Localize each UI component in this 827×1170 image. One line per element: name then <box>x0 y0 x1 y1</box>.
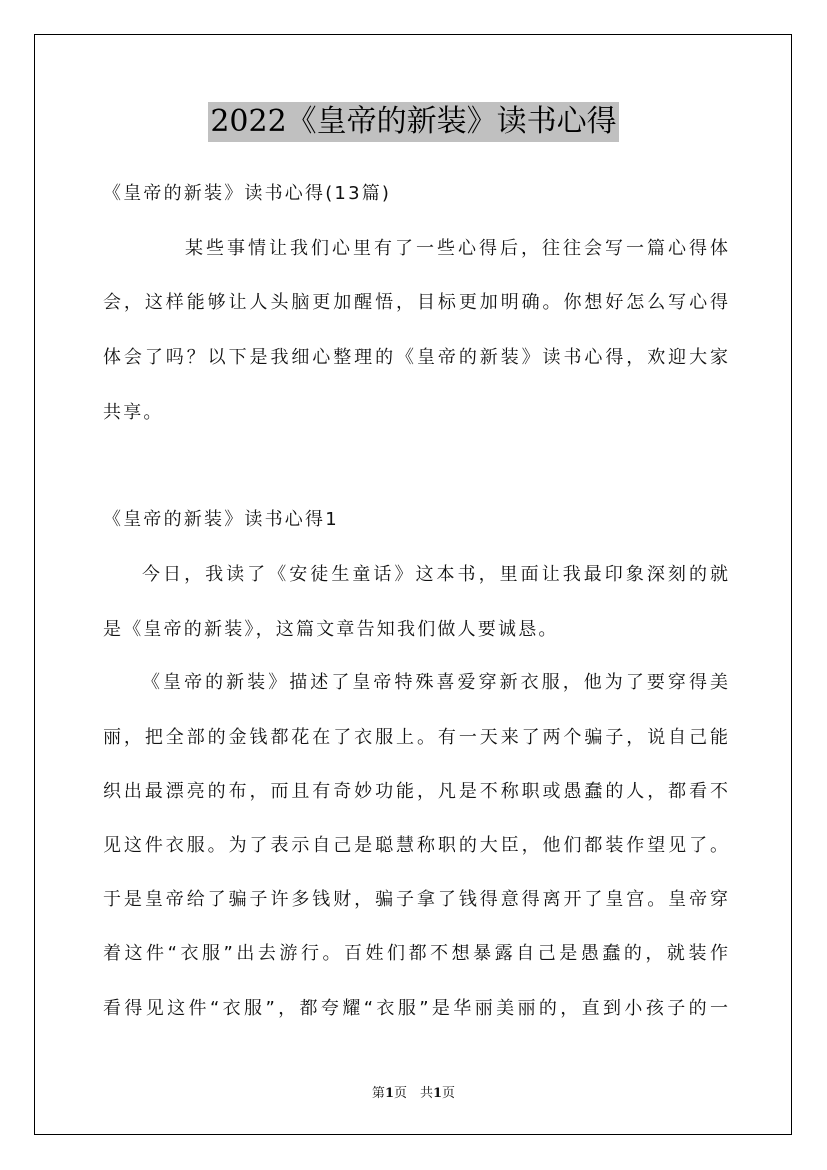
paragraph2-line-6: 着这件“衣服”出去游行。百姓们都不想暴露自己是愚蠢的，就装作 <box>103 942 728 966</box>
paragraph1-line-1: 今日，我读了《安徒生童话》这本书，里面让我最印象深刻的就 <box>142 563 728 587</box>
paragraph2-line-3: 织出最漂亮的布，而且有奇妙功能，凡是不称职或愚蠢的人，都看不 <box>103 780 728 804</box>
page-current: 1 <box>385 1086 394 1101</box>
document-title: 2022《皇帝的新装》读书心得 <box>208 102 618 142</box>
page-total: 1 <box>433 1086 442 1101</box>
intro-line-4: 共享。 <box>103 401 728 425</box>
title-container: 2022《皇帝的新装》读书心得 <box>0 102 827 142</box>
section-heading: 《皇帝的新装》读书心得1 <box>103 508 728 532</box>
intro-line-3: 体会了吗？以下是我细心整理的《皇帝的新装》读书心得，欢迎大家 <box>103 346 728 370</box>
intro-line-2: 会，这样能够让人头脑更加醒悟，目标更加明确。你想好怎么写心得 <box>103 291 728 315</box>
paragraph2-line-7: 看得见这件“衣服”，都夸耀“衣服”是华丽美丽的，直到小孩子的一 <box>103 997 728 1021</box>
paragraph1-line-2: 是《皇帝的新装》，这篇文章告知我们做人要诚恳。 <box>103 618 728 642</box>
paragraph2-line-4: 见这件衣服。为了表示自己是聪慧称职的大臣，他们都装作望见了。 <box>103 834 728 858</box>
document-subtitle: 《皇帝的新装》读书心得(13篇) <box>103 182 728 206</box>
page-mid: 页 共 <box>394 1086 433 1101</box>
intro-line-1: 某些事情让我们心里有了一些心得后，往往会写一篇心得体 <box>185 237 728 261</box>
paragraph2-line-2: 丽，把全部的金钱都花在了衣服上。有一天来了两个骗子，说自己能 <box>103 726 728 750</box>
paragraph2-line-1: 《皇帝的新装》描述了皇帝特殊喜爱穿新衣服，他为了要穿得美 <box>142 671 728 695</box>
page-suffix: 页 <box>442 1086 455 1101</box>
page-prefix: 第 <box>372 1086 385 1101</box>
paragraph2-line-5: 于是皇帝给了骗子许多钱财，骗子拿了钱得意得离开了皇宫。皇帝穿 <box>103 888 728 912</box>
page-footer: 第1页 共1页 <box>0 1082 827 1101</box>
